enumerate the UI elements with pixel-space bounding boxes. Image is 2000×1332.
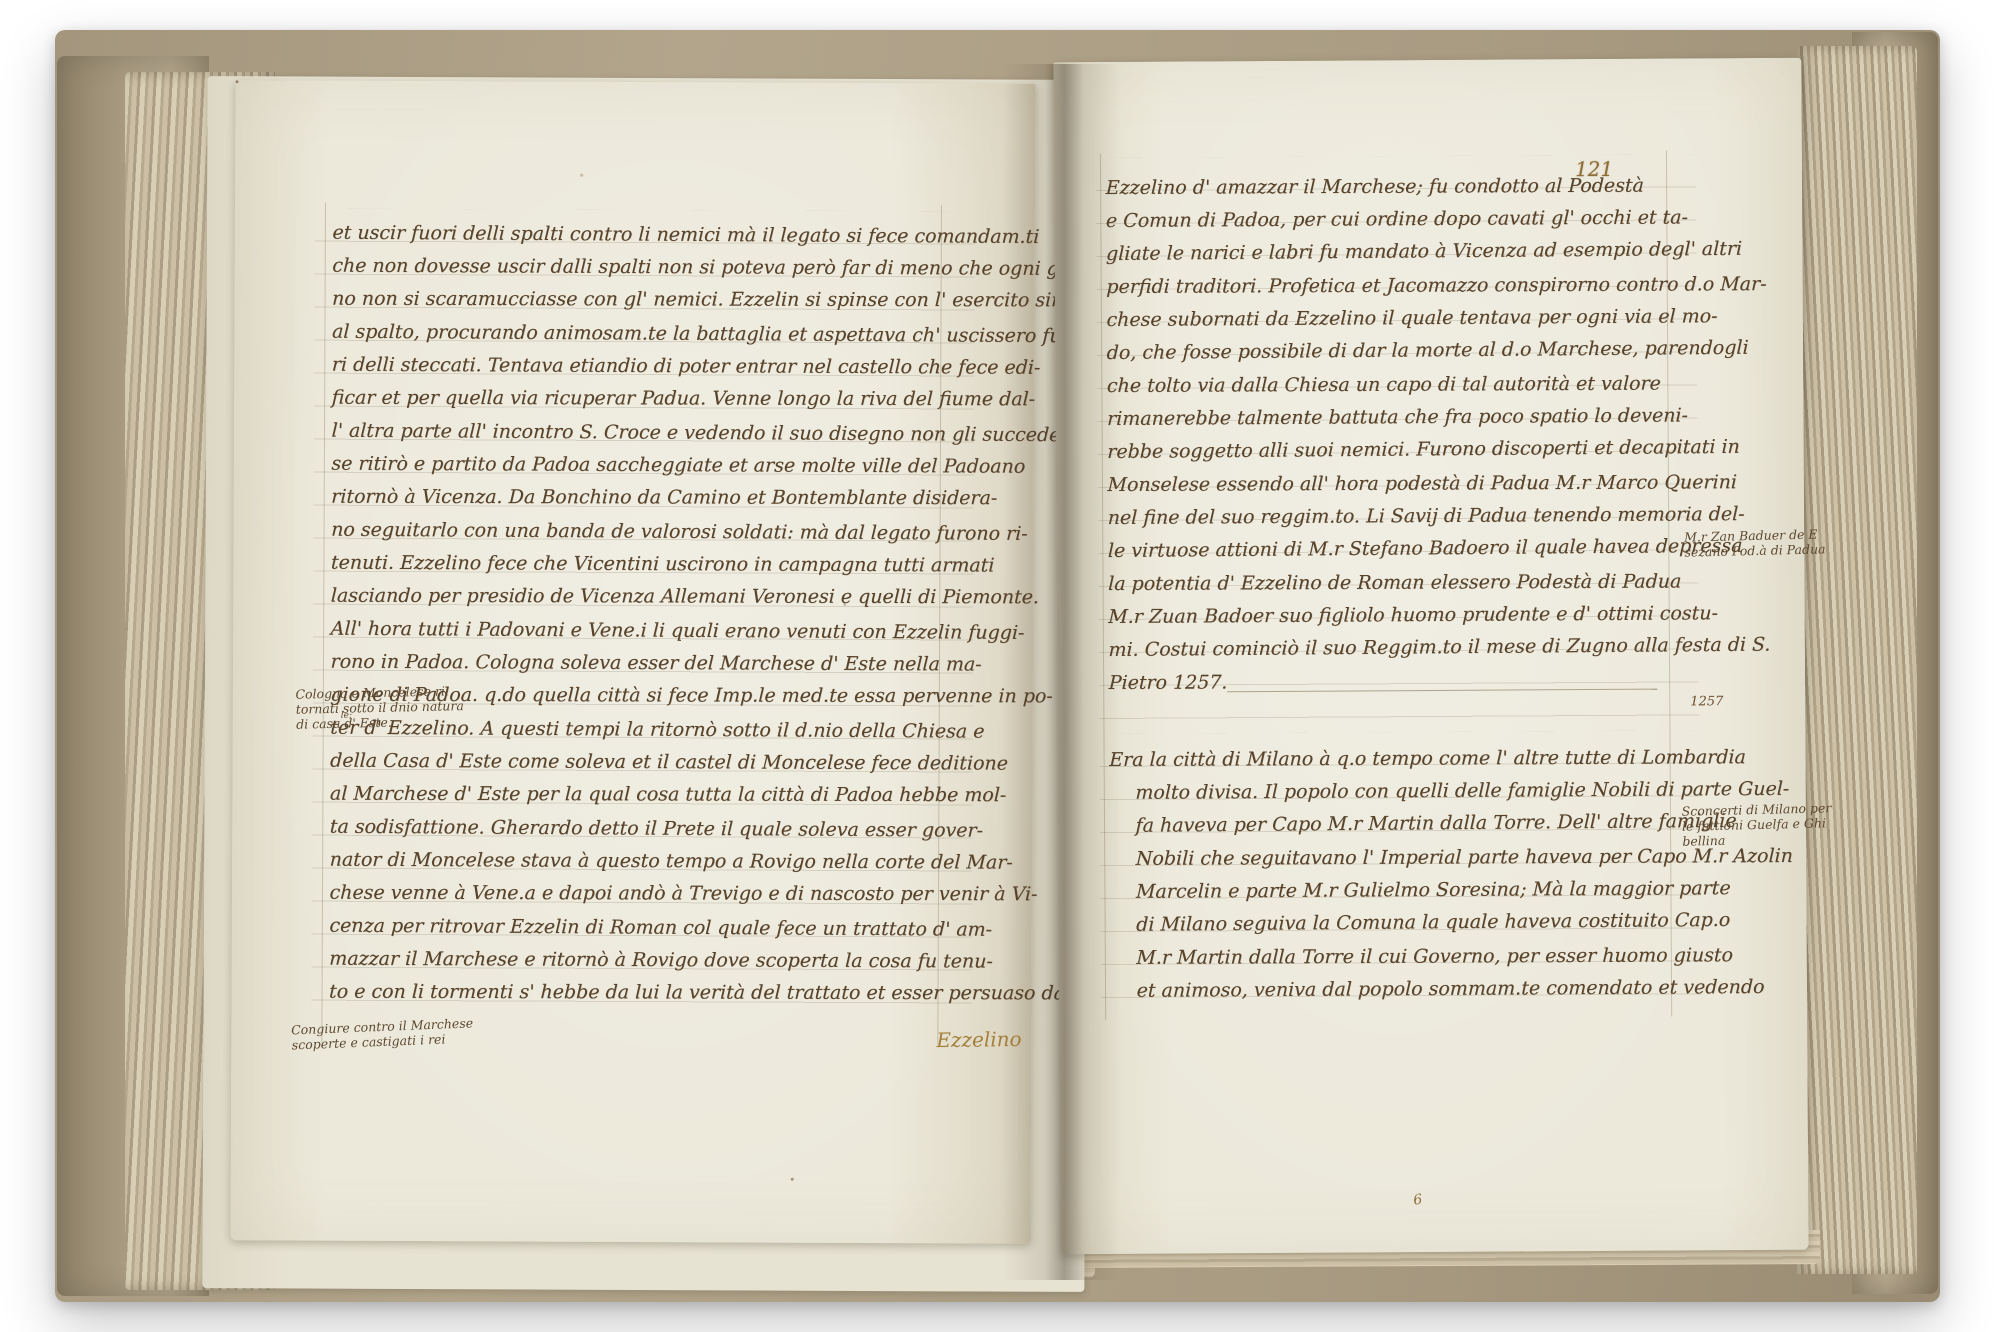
handwritten-line: che non dovesse uscir dalli spalti non s… bbox=[332, 250, 1093, 286]
handwritten-line: tenuti. Ezzelino fece che Vicentini usci… bbox=[330, 547, 1091, 583]
catchword: Ezzelino bbox=[936, 1027, 1022, 1052]
handwritten-line: M.r Martin dalla Torre il cui Governo, p… bbox=[1110, 939, 1794, 975]
handwritten-line: do, che fosse possibile di dar la morte … bbox=[1106, 332, 1769, 370]
handwritten-line: l' altra parte all' incontro S. Croce e … bbox=[331, 415, 1092, 453]
margin-note-congiure: Congiure contro il Marchesescoperte e ca… bbox=[291, 1015, 474, 1052]
handwritten-line: gliate le narici e labri fu mandato à Vi… bbox=[1106, 233, 1769, 271]
handwritten-line: et uscir fuori delli spalti contro li ne… bbox=[332, 217, 1093, 255]
handwritten-line: mi. Costui cominciò il suo Reggim.to il … bbox=[1108, 629, 1771, 667]
handwritten-line: lasciando per presidio de Vicenza Allema… bbox=[330, 580, 1091, 615]
right-page-paragraph-1: Ezzelino d' amazzar il Marchese; fu cond… bbox=[1105, 168, 1770, 700]
handwritten-line: rono in Padoa. Cologna soleva esser del … bbox=[330, 646, 1091, 682]
handwritten-line: no seguitarlo con una banda de valorosi … bbox=[331, 514, 1092, 552]
margin-note-superscript: le: bbox=[341, 711, 352, 721]
quire-signature: 6 bbox=[1412, 1192, 1423, 1209]
handwritten-line: che tolto via dalla Chiesa un capo di ta… bbox=[1106, 367, 1769, 403]
left-manuscript-page: et uscir fuori delli spalti contro li ne… bbox=[230, 80, 1035, 1243]
handwritten-line: Era la città di Milano à q.o tempo come … bbox=[1109, 741, 1793, 777]
right-page-paragraph-2: Era la città di Milano à q.o tempo come … bbox=[1109, 740, 1794, 1008]
handwritten-line: All' hora tutti i Padovani e Vene.i li q… bbox=[330, 613, 1091, 651]
handwritten-line: no non si scaramucciasse con gl' nemici.… bbox=[332, 283, 1093, 318]
handwritten-line: et animoso, veniva dal popolo sommam.te … bbox=[1110, 971, 1794, 1008]
handwritten-line: al spalto, procurando animosam.te la bat… bbox=[331, 316, 1092, 354]
margin-note-badoer: M.r Zan Baduer de Esezano Pod.à di Padua bbox=[1684, 526, 1826, 559]
handwritten-line: nator di Moncelese stava à questo tempo … bbox=[329, 844, 1090, 880]
handwritten-line: Pietro 1257. bbox=[1108, 664, 1771, 700]
handwritten-line: to e con li tormenti s' hebbe da lui la … bbox=[328, 976, 1089, 1011]
margin-date: 1257 bbox=[1690, 694, 1723, 709]
margin-rule-left bbox=[321, 203, 326, 1043]
margin-note-este: Cologna e Moncelese ri:tornati sotto il … bbox=[295, 683, 464, 732]
photo-backdrop: Gre et uscir fuori delli spalti contro l… bbox=[0, 0, 2000, 1332]
handwritten-line: rebbe soggetto alli suoi nemici. Furono … bbox=[1107, 431, 1770, 469]
right-manuscript-page: 121 Ezzelino d' amazzar il Marchese; fu … bbox=[1053, 58, 1808, 1255]
handwritten-line: Monselese essendo all' hora podestà di P… bbox=[1107, 466, 1770, 502]
handwritten-line: Ezzelino d' amazzar il Marchese; fu cond… bbox=[1105, 169, 1768, 205]
handwritten-line: la potentia d' Ezzelino de Roman elesser… bbox=[1108, 565, 1771, 601]
handwritten-line: mazzar il Marchese e ritornò à Rovigo do… bbox=[329, 943, 1090, 979]
handwritten-line: ri delli steccati. Tentava etiandio di p… bbox=[331, 349, 1092, 385]
handwritten-line: cenza per ritrovar Ezzelin di Roman col … bbox=[329, 910, 1090, 948]
handwritten-line: di Milano seguiva la Comuna la quale hav… bbox=[1110, 903, 1794, 942]
handwritten-line: al Marchese d' Este per la qual cosa tut… bbox=[329, 778, 1090, 813]
handwritten-line: perfidi traditori. Profetica et Jacomazz… bbox=[1106, 268, 1769, 304]
right-page-edges bbox=[1797, 46, 1917, 1274]
handwritten-line: ritornò à Vicenza. Da Bonchino da Camino… bbox=[331, 481, 1092, 516]
handwritten-line: chese venne à Vene.a e dapoi andò à Trev… bbox=[329, 877, 1090, 912]
handwritten-line: ta sodisfattione. Gherardo detto il Pret… bbox=[329, 811, 1090, 849]
left-page-text-block: et uscir fuori delli spalti contro li ne… bbox=[328, 217, 1091, 1012]
handwritten-line: le virtuose attioni di M.r Stefano Badoe… bbox=[1107, 530, 1770, 568]
handwritten-line: se ritirò e partito da Padoa saccheggiat… bbox=[331, 448, 1092, 484]
handwritten-line: della Casa d' Este come soleva et il cas… bbox=[329, 745, 1090, 781]
manuscript-book: Gre et uscir fuori delli spalti contro l… bbox=[55, 30, 1940, 1302]
handwritten-line: ficar et per quella via ricuperar Padua.… bbox=[331, 382, 1092, 417]
margin-note-milano: Sconcerti di Milano perle fattioni Guelf… bbox=[1682, 800, 1833, 849]
